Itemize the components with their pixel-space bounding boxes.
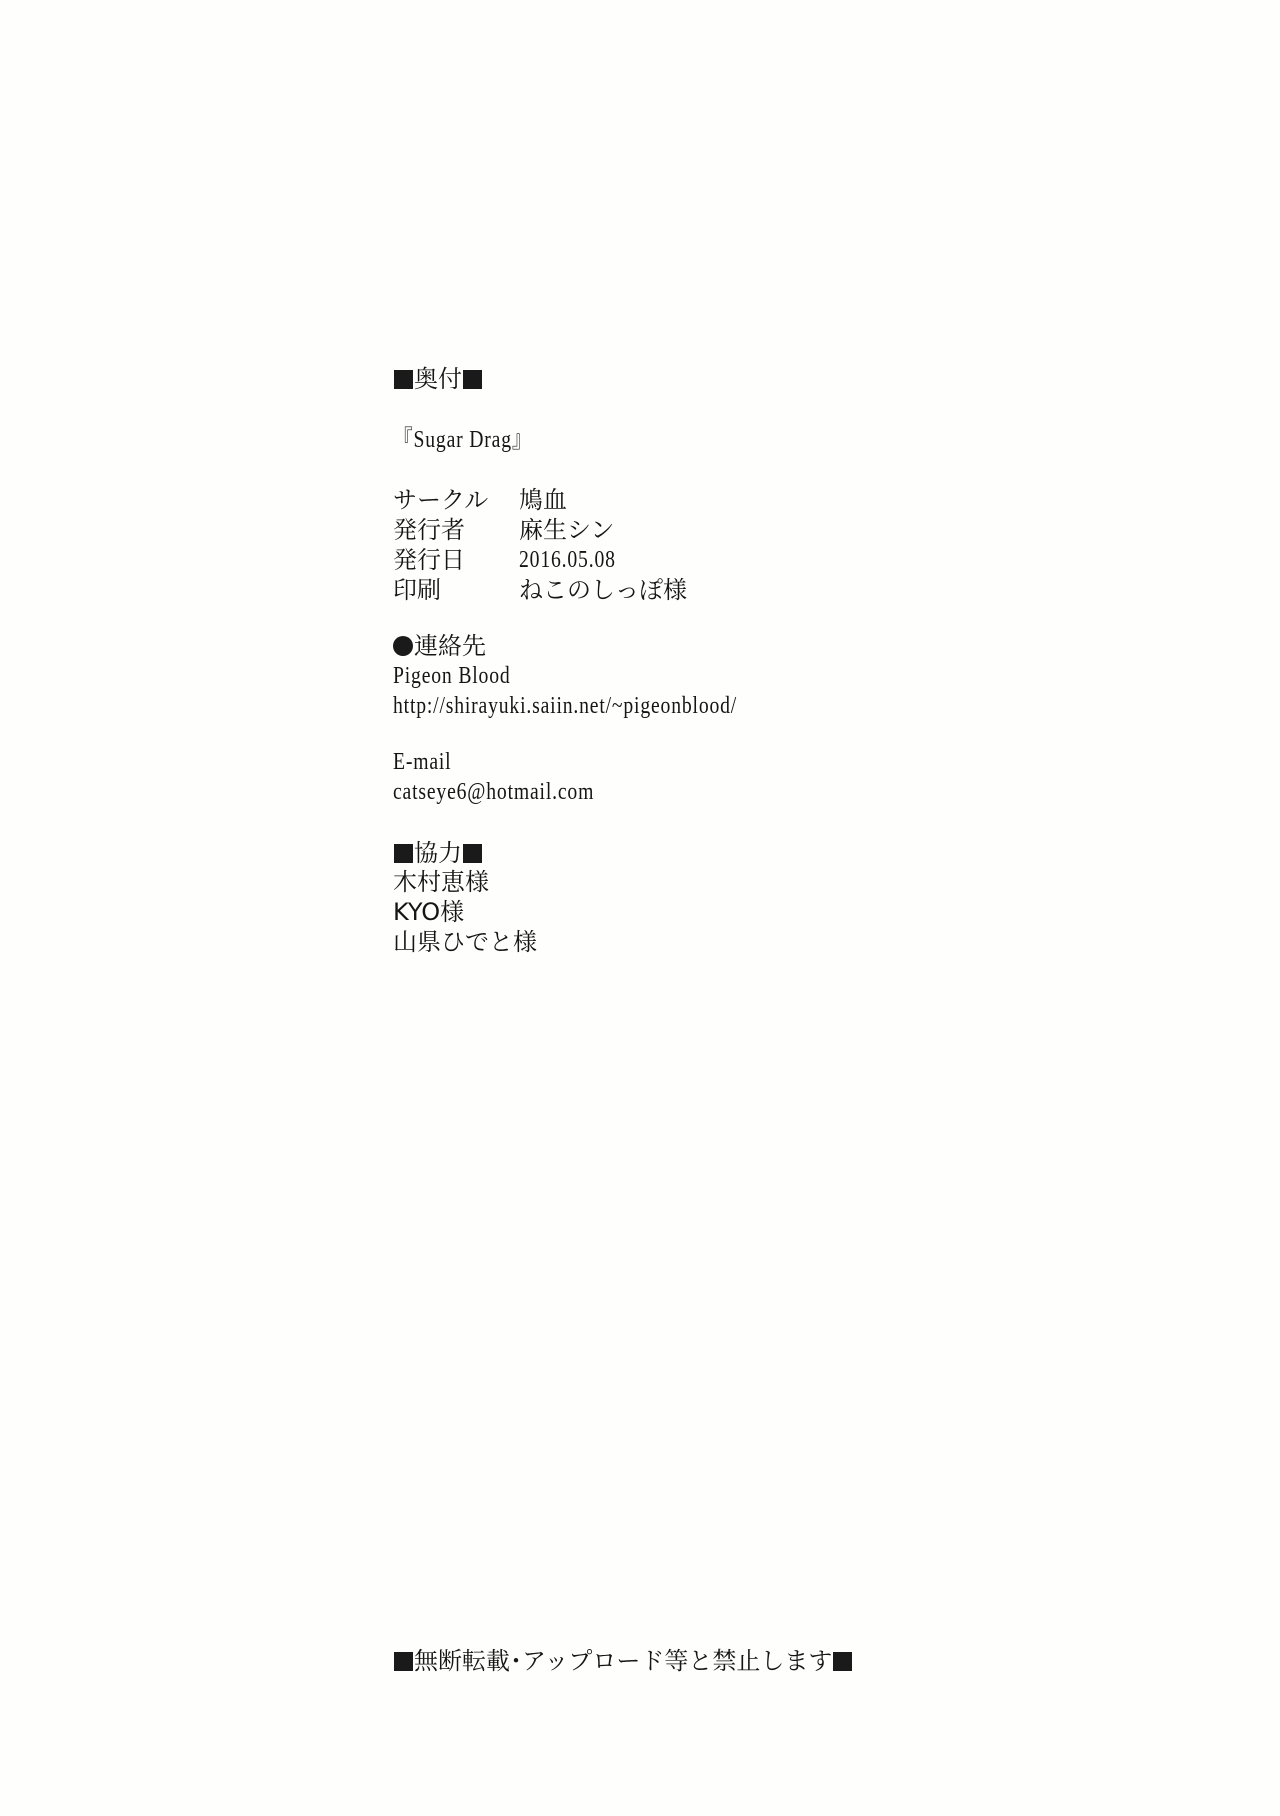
cooperation-heading-row: 協力 bbox=[393, 838, 483, 868]
colophon-page: 奥付 『Sugar Drag』 サークル 鳩血 発行者 麻生シン 発行日 201… bbox=[0, 0, 1280, 1816]
cooperation-heading: 協力 bbox=[414, 839, 462, 867]
contact-heading: 連絡先 bbox=[414, 632, 486, 660]
cooperation-name: 山県ひでと様 bbox=[393, 927, 537, 957]
email-row: catseye6@hotmail.com bbox=[393, 777, 638, 807]
detail-row-printer: 印刷 ねこのしっぽ様 bbox=[393, 575, 793, 605]
website-link[interactable]: http://shirayuki.saiin.net/~pigeonblood/ bbox=[393, 691, 737, 721]
contact-heading-row: 連絡先 bbox=[393, 631, 486, 661]
detail-value: 鳩血 bbox=[519, 485, 567, 515]
cooperation-name: KYO様 bbox=[393, 897, 537, 927]
contact-name-row: Pigeon Blood bbox=[393, 661, 536, 691]
email-link[interactable]: catseye6@hotmail.com bbox=[393, 777, 594, 807]
contact-name: Pigeon Blood bbox=[393, 661, 511, 691]
cooperation-list: 木村恵様 KYO様 山県ひでと様 bbox=[393, 867, 537, 957]
circle-bullet-icon bbox=[393, 636, 413, 656]
detail-row-date: 発行日 2016.05.08 bbox=[393, 545, 793, 575]
footer-notice: 無断転載･アップロード等と禁止します bbox=[414, 1647, 832, 1675]
email-label-row: E-mail bbox=[393, 747, 464, 777]
square-bullet-icon bbox=[394, 1652, 413, 1671]
square-bullet-icon bbox=[394, 844, 413, 863]
detail-row-publisher: 発行者 麻生シン bbox=[393, 515, 793, 545]
detail-value: ねこのしっぽ様 bbox=[519, 575, 687, 605]
colophon-heading: 奥付 bbox=[414, 365, 462, 393]
detail-label: 印刷 bbox=[393, 575, 441, 605]
detail-value: 2016.05.08 bbox=[519, 545, 616, 575]
detail-value: 麻生シン bbox=[519, 515, 614, 545]
square-bullet-icon bbox=[463, 370, 482, 389]
square-bullet-icon bbox=[463, 844, 482, 863]
details-list: サークル 鳩血 発行者 麻生シン 発行日 2016.05.08 印刷 ねこのしっ… bbox=[393, 485, 793, 605]
square-bullet-icon bbox=[833, 1652, 852, 1671]
detail-row-circle: サークル 鳩血 bbox=[393, 485, 793, 515]
detail-label: 発行者 bbox=[393, 515, 465, 545]
book-title-block: 『Sugar Drag』 bbox=[393, 425, 563, 455]
detail-label: 発行日 bbox=[393, 545, 465, 575]
square-bullet-icon bbox=[394, 370, 413, 389]
email-label: E-mail bbox=[393, 747, 451, 777]
book-title: 『Sugar Drag』 bbox=[393, 425, 532, 455]
cooperation-name: 木村恵様 bbox=[393, 867, 537, 897]
colophon-header: 奥付 bbox=[393, 364, 483, 394]
detail-label: サークル bbox=[393, 485, 488, 515]
contact-url-row: http://shirayuki.saiin.net/~pigeonblood/ bbox=[393, 691, 813, 721]
footer-notice-row: 無断転載･アップロード等と禁止します bbox=[393, 1646, 853, 1676]
